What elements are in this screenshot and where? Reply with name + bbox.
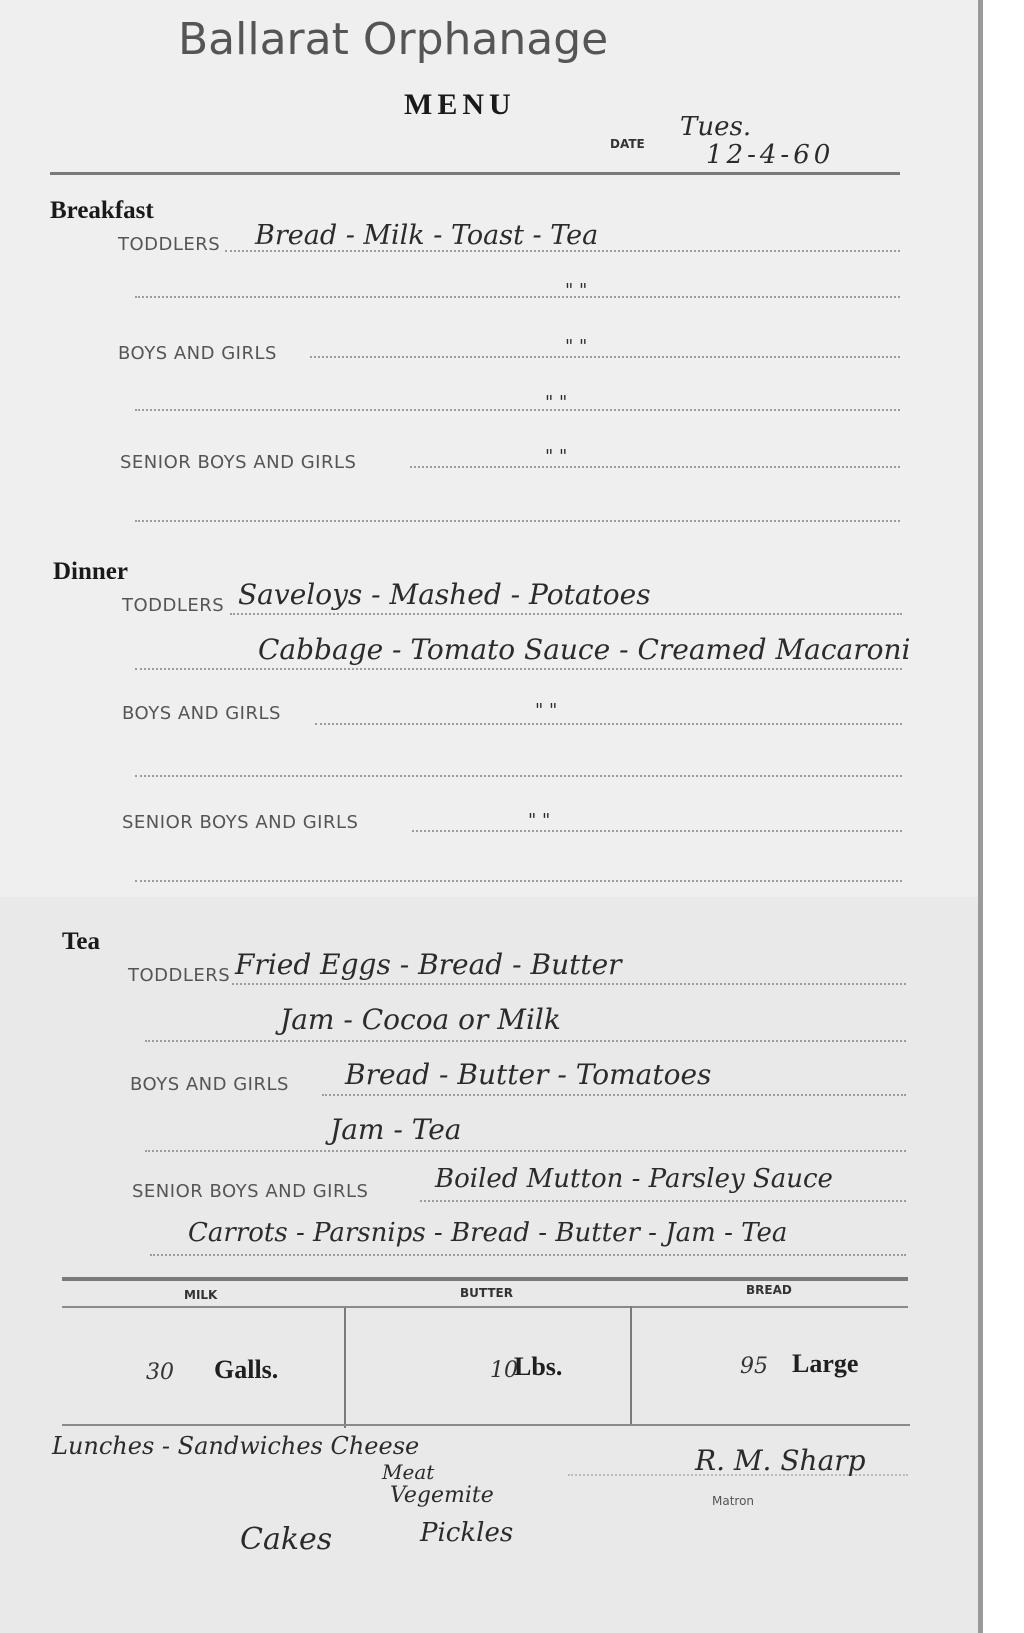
supplies-column-divider [344,1308,346,1428]
bread-amount: 95 [740,1354,768,1379]
entry-line [420,1200,906,1202]
butter-unit: Lbs. [514,1352,562,1382]
ditto-mark: " " [565,336,587,357]
bread-unit: Large [792,1349,858,1379]
ditto-mark: " " [545,392,567,413]
lunches-note: Lunches - Sandwiches Cheese [52,1432,419,1460]
entry-line [230,613,902,615]
entry-line [145,1040,906,1042]
entry-line [412,830,902,832]
group-label-senior: SENIOR BOYS AND GIRLS [132,1181,368,1202]
milk-amount: 30 [146,1360,174,1385]
supplies-bottom-divider [62,1424,910,1426]
dinner-toddlers-entry-2: Cabbage - Tomato Sauce - Creamed Macaron… [258,633,910,666]
tea-senior-entry-2: Carrots - Parsnips - Bread - Butter - Ja… [188,1218,787,1248]
group-label-toddlers: TODDLERS [118,234,220,255]
supplies-header-milk: MILK [184,1288,217,1302]
supplies-top-divider [62,1277,908,1281]
meal-heading-tea: Tea [62,928,100,956]
entry-line [145,1150,906,1152]
entry-line [135,668,902,670]
lunches-extra: Meat [382,1460,434,1484]
meal-heading-breakfast: Breakfast [50,197,154,225]
lunches-extra: Cakes [240,1522,332,1557]
menu-sheet: Ballarat Orphanage MENU DATE Tues. 12-4-… [0,0,983,1633]
breakfast-toddlers-entry: Bread - Milk - Toast - Tea [255,220,598,251]
entry-line [410,466,900,468]
milk-unit: Galls. [214,1355,278,1385]
group-label-senior: SENIOR BOYS AND GIRLS [120,452,356,473]
meal-heading-dinner: Dinner [53,558,128,586]
entry-line [315,723,902,725]
entry-line [135,296,900,298]
lunches-extra: Pickles [420,1518,513,1548]
ditto-mark: " " [528,810,550,831]
supplies-column-divider [630,1306,632,1426]
group-label-toddlers: TODDLERS [122,595,224,616]
entry-line [135,520,900,522]
group-label-boys-girls: BOYS AND GIRLS [118,343,277,364]
lunches-extra: Vegemite [390,1483,494,1508]
date-value: 12-4-60 [706,140,834,170]
date-label: DATE [610,137,645,151]
ditto-mark: " " [565,280,587,301]
page-title: MENU [404,88,516,122]
supplies-header-bread: BREAD [746,1283,792,1297]
ditto-mark: " " [545,446,567,467]
group-label-senior: SENIOR BOYS AND GIRLS [122,812,358,833]
entry-line [322,1094,906,1096]
entry-line [150,1254,906,1256]
matron-signature: R. M. Sharp [695,1444,866,1477]
entry-line [135,775,902,777]
supplies-header-butter: BUTTER [460,1286,513,1300]
tea-toddlers-entry-1: Fried Eggs - Bread - Butter [235,948,622,981]
entry-line [232,983,906,985]
date-day: Tues. [680,112,751,142]
entry-line [310,356,900,358]
supplies-header-divider [62,1306,908,1308]
tea-boys-girls-entry-1: Bread - Butter - Tomatoes [345,1058,711,1091]
entry-line [135,409,900,411]
tea-boys-girls-entry-2: Jam - Tea [330,1113,462,1146]
tea-toddlers-entry-2: Jam - Cocoa or Milk [280,1003,561,1036]
group-label-boys-girls: BOYS AND GIRLS [122,703,281,724]
group-label-toddlers: TODDLERS [128,965,230,986]
signature-label: Matron [712,1494,754,1508]
entry-line [135,880,902,882]
header-divider [50,172,900,175]
group-label-boys-girls: BOYS AND GIRLS [130,1074,289,1095]
ditto-mark: " " [535,700,557,721]
tea-senior-entry-1: Boiled Mutton - Parsley Sauce [435,1164,833,1194]
institution-name: Ballarat Orphanage [178,14,608,65]
dinner-toddlers-entry-1: Saveloys - Mashed - Potatoes [238,578,651,611]
